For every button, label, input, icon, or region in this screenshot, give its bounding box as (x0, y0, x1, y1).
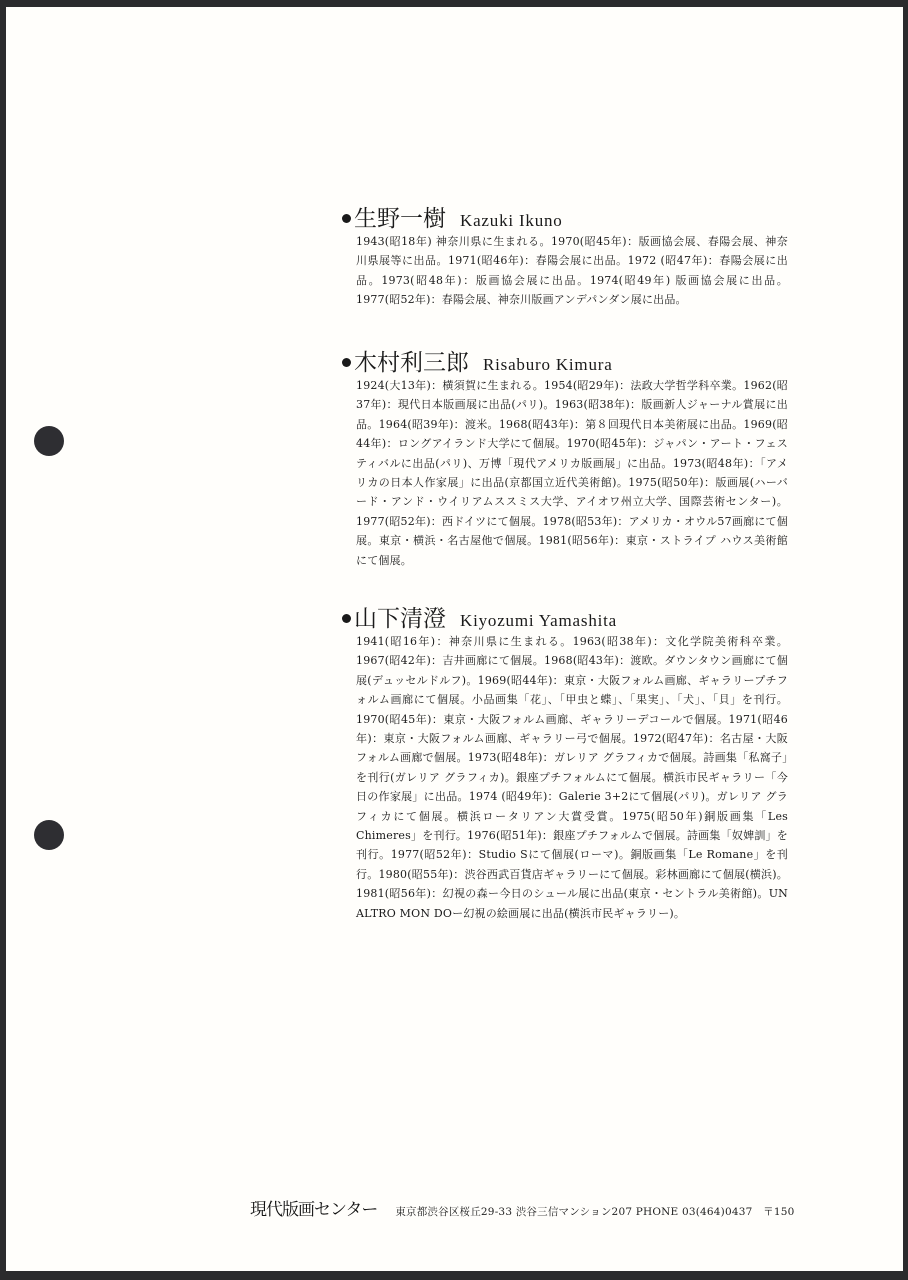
document-page: 生野一樹 Kazuki Ikuno 1943(昭18年) 神奈川県に生まれる。1… (6, 7, 903, 1271)
artist-name-english: Kazuki Ikuno (460, 211, 563, 231)
artist-name-english: Kiyozumi Yamashita (460, 611, 617, 631)
bullet-icon (342, 614, 351, 623)
organization-address: 東京都渋谷区桜丘29-33 渋谷三信マンション207 PHONE 03(464)… (395, 1204, 794, 1219)
punch-hole-top (34, 426, 64, 456)
bullet-icon (342, 358, 351, 367)
artist-biography: 1924(大13年)：横須賀に生まれる。1954(昭29年)：法政大学哲学科卒業… (356, 376, 788, 570)
artist-entry-ikuno: 生野一樹 Kazuki Ikuno 1943(昭18年) 神奈川県に生まれる。1… (342, 200, 792, 310)
organization-logo: 現代版画センター (250, 1195, 377, 1220)
bullet-icon (342, 214, 351, 223)
artist-name-english: Risaburo Kimura (483, 355, 613, 375)
artist-heading: 山下清澄 Kiyozumi Yamashita (342, 600, 792, 628)
punch-hole-bottom (34, 820, 64, 850)
artist-entry-yamashita: 山下清澄 Kiyozumi Yamashita 1941(昭16年)：神奈川県に… (342, 600, 792, 923)
artist-name-japanese: 生野一樹 (354, 200, 446, 233)
artist-heading: 生野一樹 Kazuki Ikuno (342, 200, 792, 228)
artist-biography: 1941(昭16年)：神奈川県に生まれる。1963(昭38年)：文化学院美術科卒… (356, 632, 788, 923)
artist-name-japanese: 木村利三郎 (354, 344, 469, 377)
artist-heading: 木村利三郎 Risaburo Kimura (342, 344, 792, 372)
artist-entry-kimura: 木村利三郎 Risaburo Kimura 1924(大13年)：横須賀に生まれ… (342, 344, 792, 570)
artist-name-japanese: 山下清澄 (354, 600, 446, 633)
artist-biography: 1943(昭18年) 神奈川県に生まれる。1970(昭45年)：版画協会展、春陽… (356, 232, 788, 310)
footer: 現代版画センター 東京都渋谷区桜丘29-33 渋谷三信マンション207 PHON… (250, 1195, 795, 1220)
